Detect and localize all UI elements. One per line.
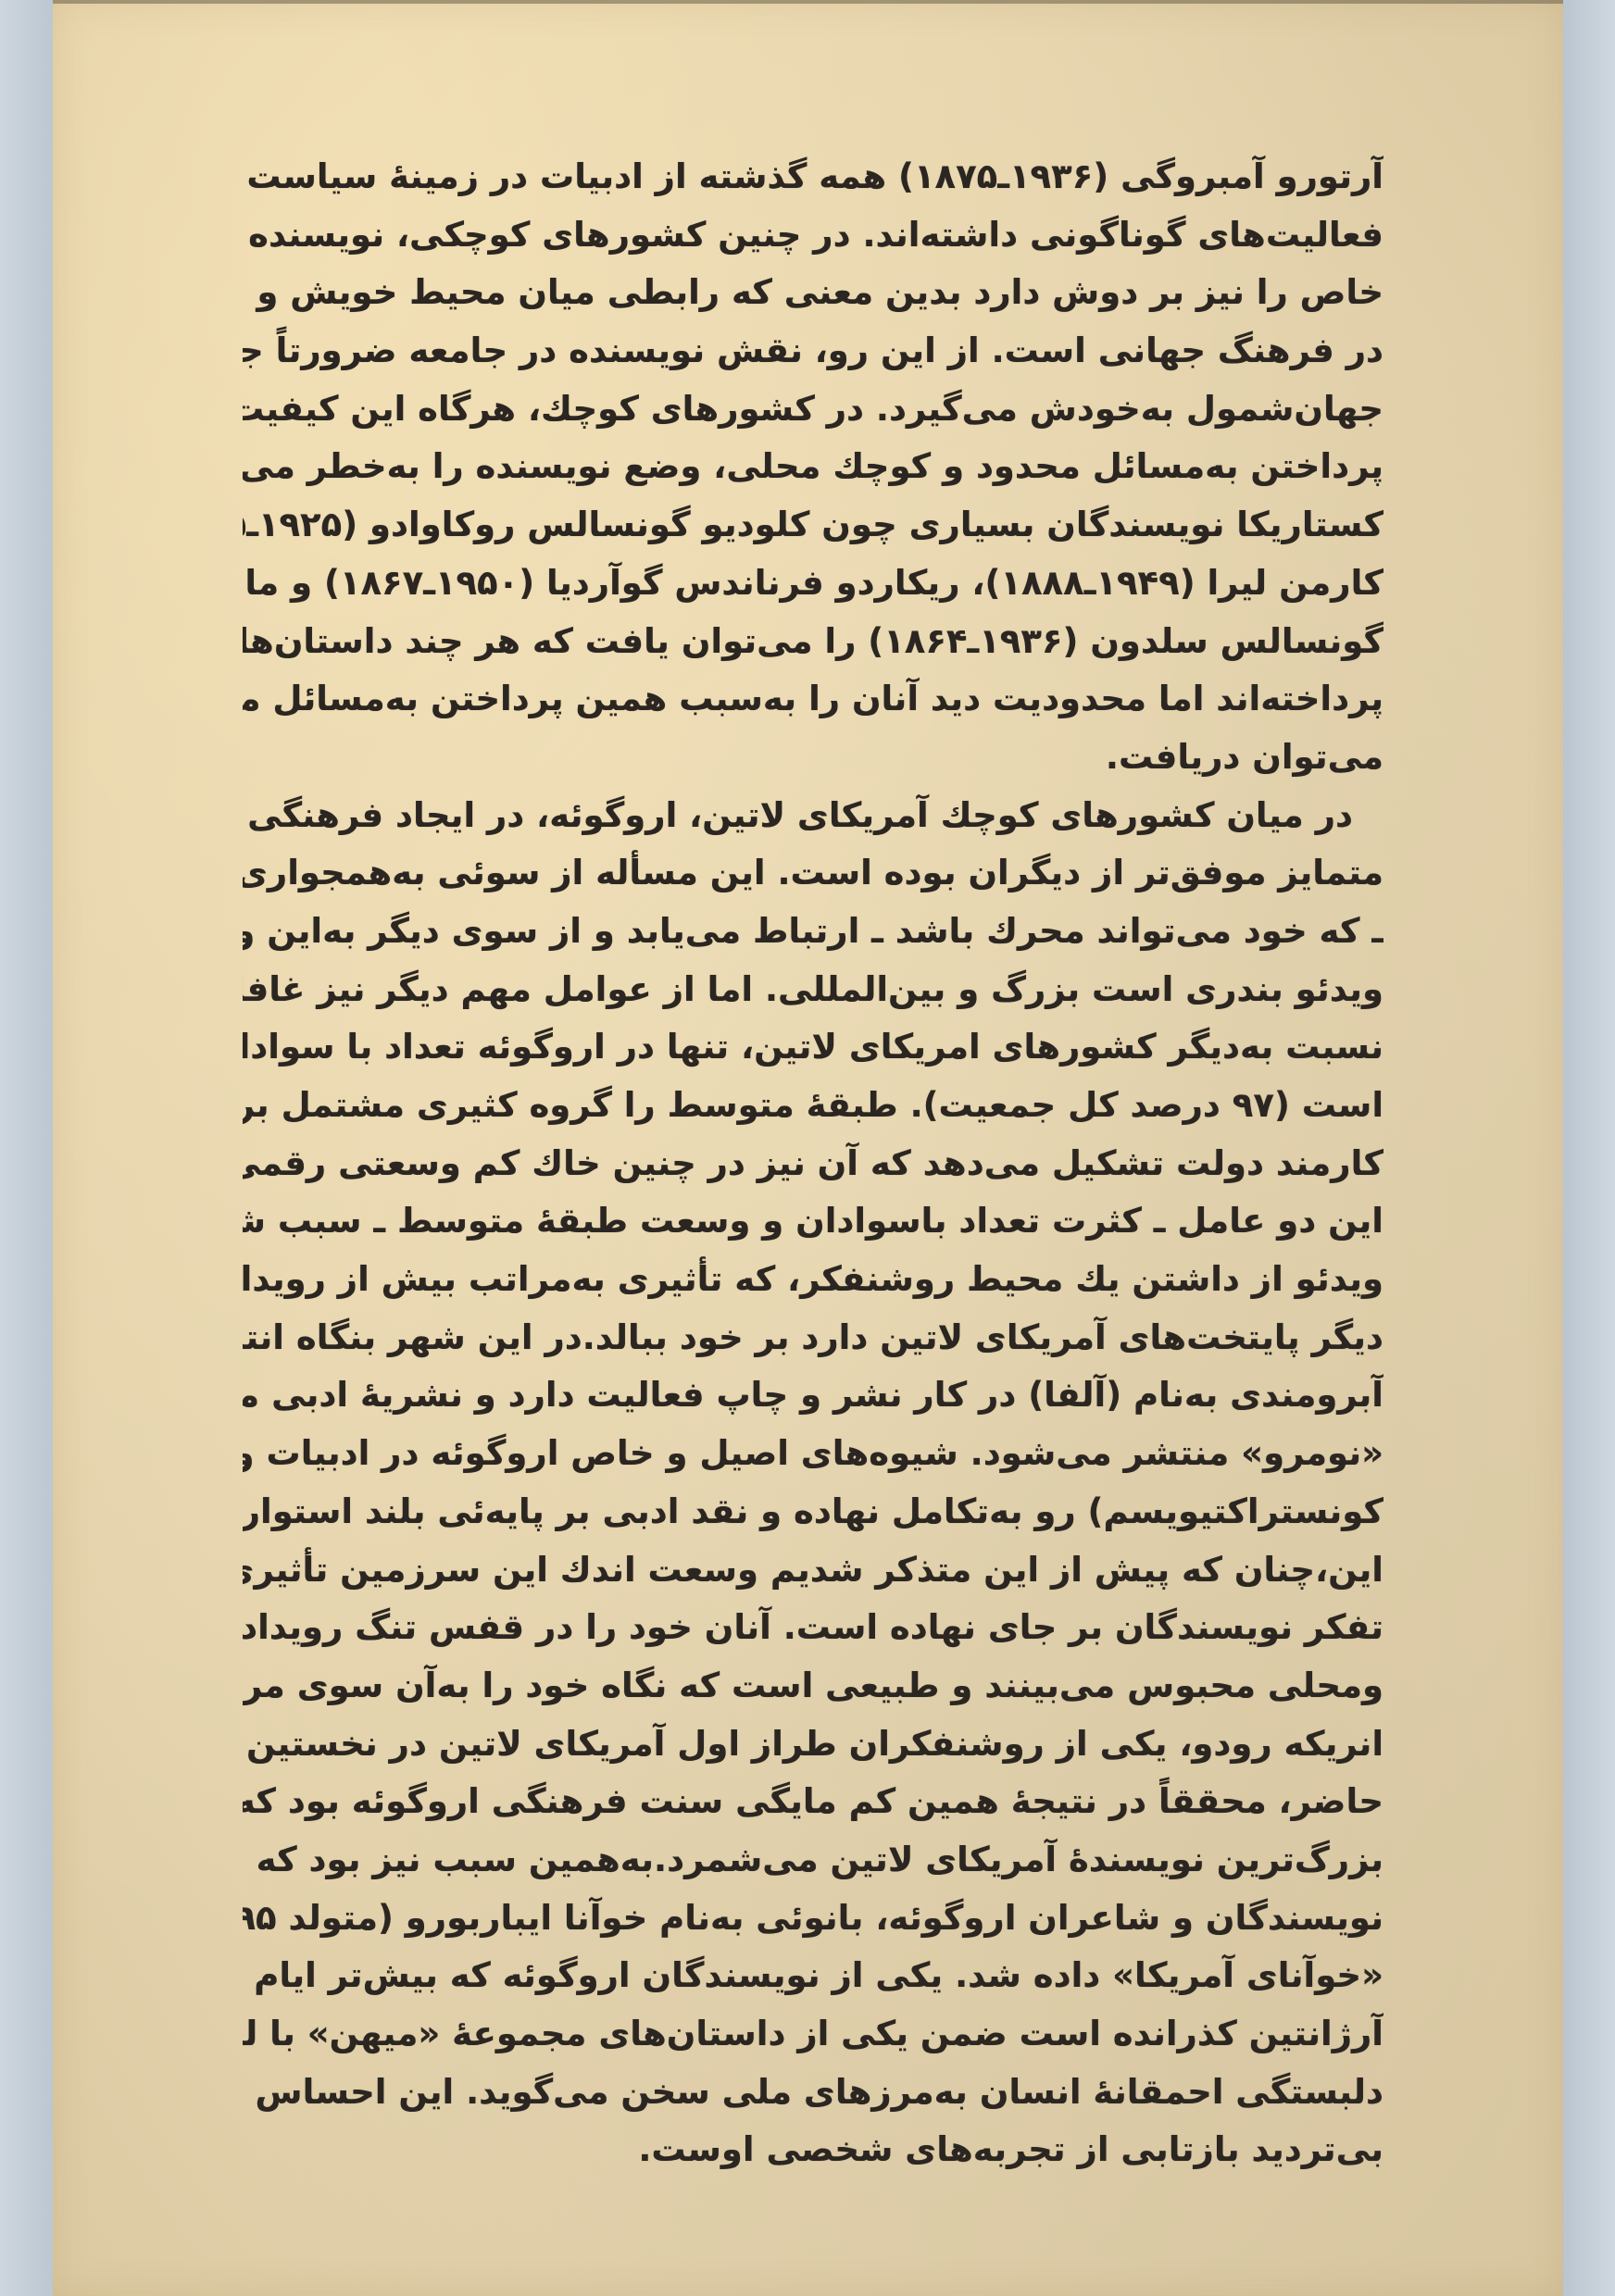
text-line: ویدئو بندری است بزرگ و بین‌المللی. اما ا… [243,961,1383,1019]
text-line-last: بی‌تردید بازتابی از تجربه‌های شخصی اوست. [243,2121,1383,2179]
text-line: آرژانتین کذرانده است ضمن یکی از داستان‌ه… [243,2005,1383,2064]
text-line: انریکه رودو، یکی از روشنفکران طراز اول آ… [243,1716,1383,1774]
text-line: فعالیت‌های گوناگونی داشته‌اند. در چنین ک… [243,206,1383,265]
text-line: دیگر پایتخت‌های آمریکای لاتین دارد بر خو… [243,1309,1383,1367]
text-line: گونسالس سلدون (۱۹۳۶ـ۱۸۶۴) را می‌توان یاف… [243,613,1383,671]
text-line: کارمند دولت تشکیل می‌دهد که آن نیز در چن… [243,1135,1383,1193]
text-line: پرداختن به‌مسائل محدود و کوچك محلی، وضع … [243,438,1383,496]
text-line: بزرگ‌ترین نویسندهٔ آمریکای لاتین می‌شمرد… [243,1831,1383,1890]
text-line: این،چنان که پیش از این متذکر شدیم وسعت ا… [243,1541,1383,1600]
scanner-bed-right [1563,0,1615,2296]
text-line: نویسندگان و شاعران اروگوئه، بانوئی به‌نا… [243,1890,1383,1948]
text-line: «نومرو» منتشر می‌شود. شیوه‌های اصیل و خا… [243,1425,1383,1483]
text-line: نسبت به‌دیگر کشورهای امریکای لاتین، تنها… [243,1018,1383,1077]
paragraph-2: در میان کشورهای کوچك آمریکای لاتین، اروگ… [243,787,1383,2180]
text-line: در فرهنگ جهانی است. از این رو، نقش نویسن… [243,322,1383,381]
text-line: ومحلی محبوس می‌بینند و طبیعی است که نگاه… [243,1657,1383,1716]
text-line: جهان‌شمول به‌خودش می‌گیرد. در کشورهای کو… [243,381,1383,439]
text-line: تفکر نویسندگان بر جای نهاده است. آنان خو… [243,1599,1383,1657]
text-line: «خوآنای آمریکا» داده شد. یکی از نویسندگا… [243,1947,1383,2005]
text-line: متمایز موفق‌تر از دیگران بوده است. این م… [243,844,1383,903]
text-line-last: می‌توان دریافت. [243,729,1383,787]
text-line: ویدئو از داشتن یك محیط روشنفکر، که تأثیر… [243,1251,1383,1309]
text-line: است (۹۷ درصد کل جمعیت). طبقهٔ متوسط را گ… [243,1077,1383,1135]
page-top-edge [53,0,1563,4]
paragraph-1: آرتورو آمبروگی (۱۹۳۶ـ۱۸۷۵) همه گذشته از … [243,148,1383,787]
text-line: خاص را نیز بر دوش دارد بدین معنی که رابط… [243,264,1383,322]
text-line: دلبستگی احمقانهٔ انسان به‌مرزهای ملی سخن… [243,2064,1383,2122]
text-line: ـ که خود می‌تواند محرك باشد ـ ارتباط می‌… [243,903,1383,961]
scanned-page: آرتورو آمبروگی (۱۹۳۶ـ۱۸۷۵) همه گذشته از … [53,0,1563,2296]
scanner-bed-left [0,0,53,2296]
text-line: کونستراکتیویسم) رو به‌تکامل نهاده و نقد … [243,1483,1383,1541]
body-text: آرتورو آمبروگی (۱۹۳۶ـ۱۸۷۵) همه گذشته از … [243,148,1383,2179]
text-line: حاضر، محققاً در نتیجهٔ همین کم مایگی سنت… [243,1773,1383,1831]
text-line: پرداخته‌اند اما محدودیت دید آنان را به‌س… [243,670,1383,729]
text-line: این دو عامل ـ کثرت تعداد باسوادان و وسعت… [243,1192,1383,1251]
text-line-indented: در میان کشورهای کوچك آمریکای لاتین، اروگ… [243,787,1383,845]
text-line: آرتورو آمبروگی (۱۹۳۶ـ۱۸۷۵) همه گذشته از … [243,148,1383,206]
text-line: آبرومندی به‌نام (آلفا) در کار نشر و چاپ … [243,1366,1383,1425]
text-line: کارمن لیرا (۱۹۴۹ـ۱۸۸۸)، ریکاردو فرناندس … [243,555,1383,613]
text-line: کستاریکا نویسندگان بسیاری چون کلودیو گون… [243,496,1383,555]
